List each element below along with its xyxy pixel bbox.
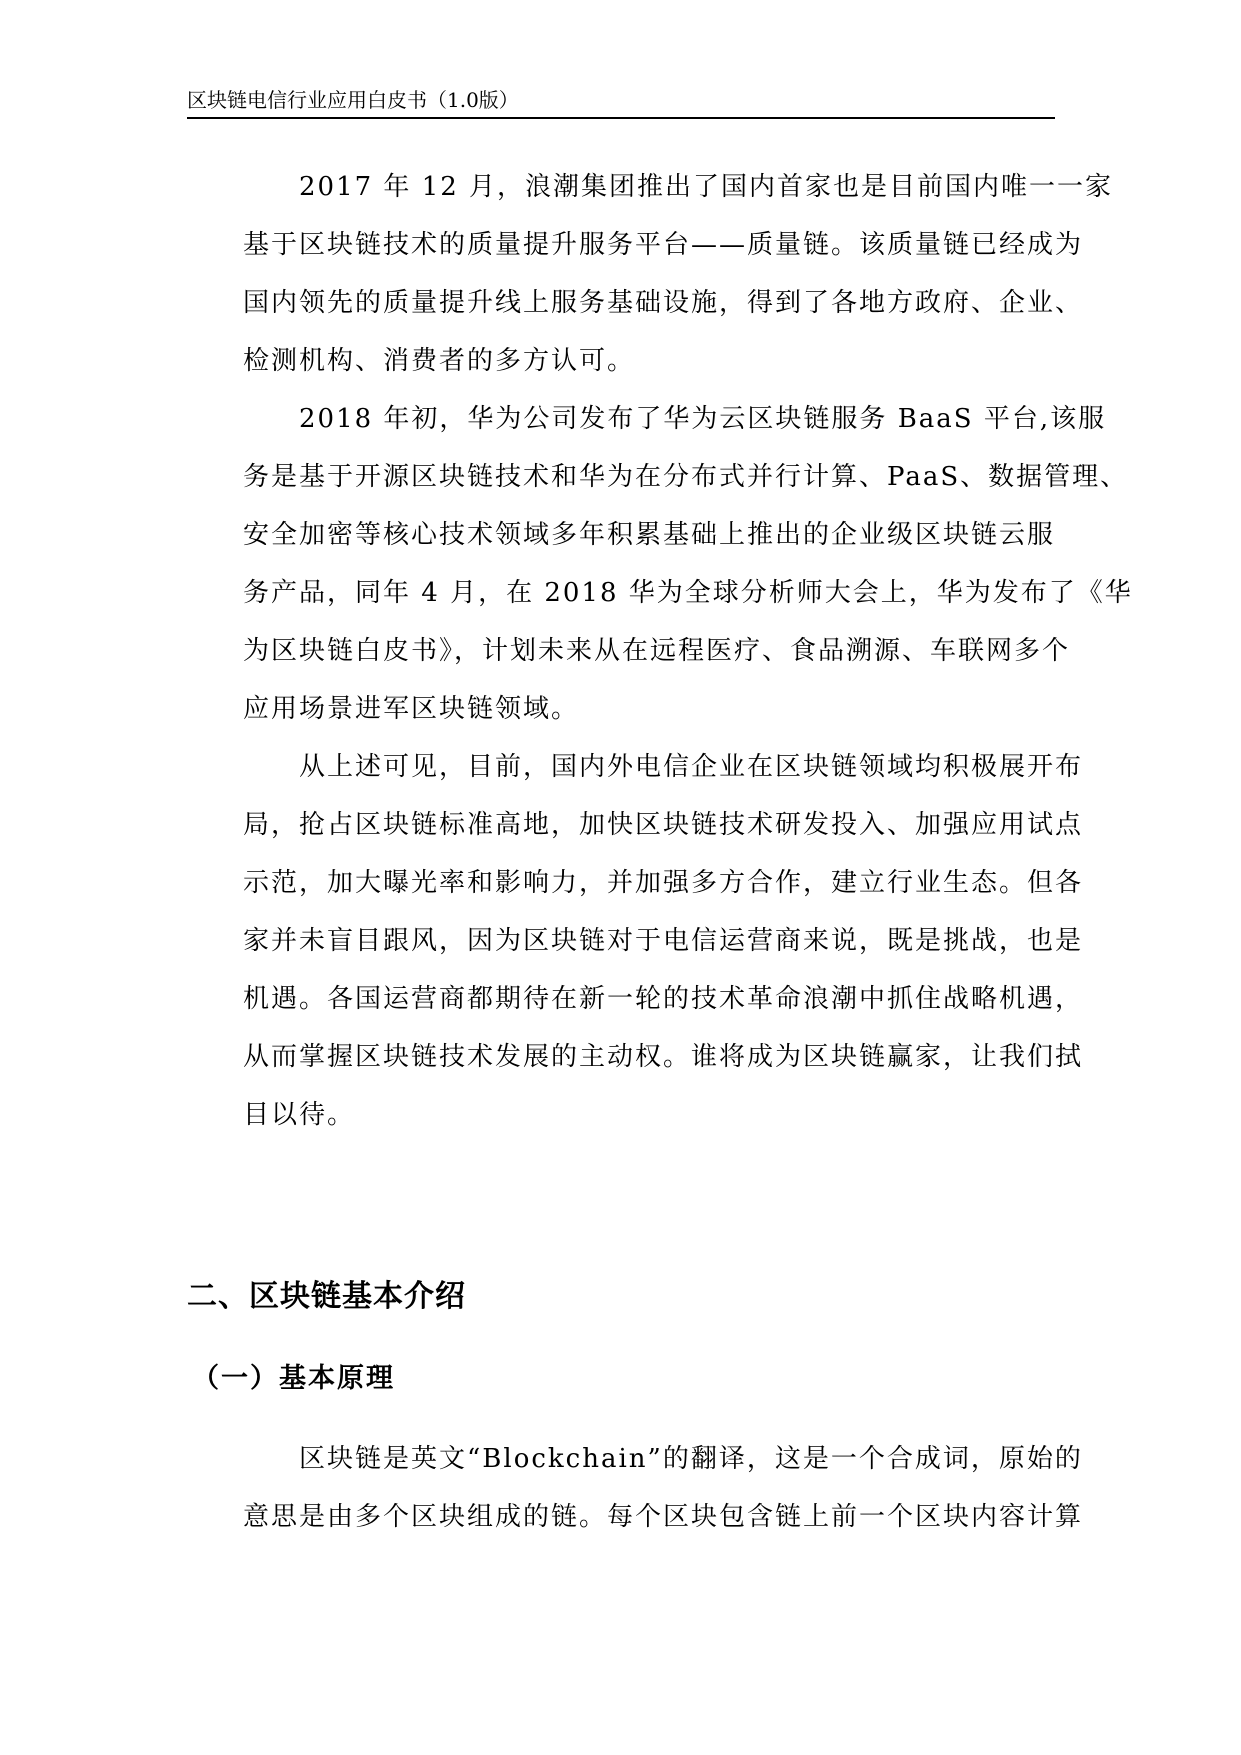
text-line: 为区块链白皮书》，计划未来从在远程医疗、食品溯源、车联网多个 [187, 622, 1055, 680]
paragraph-huawei-baas: 2018 年初，华为公司发布了华为云区块链服务 BaaS 平台,该服 务是基于开… [187, 390, 1055, 738]
section-heading: 二、区块链基本介绍 [187, 1277, 466, 1317]
text-line: 目以待。 [187, 1086, 1055, 1144]
text-line: 区块链是英文“Blockchain”的翻译，这是一个合成词，原始的 [187, 1430, 1055, 1488]
paragraph-inspur-quality-chain: 2017 年 12 月，浪潮集团推出了国内首家也是目前国内唯一一家 基于区块链技… [187, 158, 1055, 390]
paragraph-summary: 从上述可见，目前，国内外电信企业在区块链领域均积极展开布 局，抢占区块链标准高地… [187, 738, 1055, 1144]
body-text-section-2: 区块链是英文“Blockchain”的翻译，这是一个合成词，原始的 意思是由多个… [187, 1430, 1055, 1546]
text-line: 国内领先的质量提升线上服务基础设施，得到了各地方政府、企业、 [187, 274, 1055, 332]
text-line: 从而掌握区块链技术发展的主动权。谁将成为区块链赢家，让我们拭 [187, 1028, 1055, 1086]
text-line: 务是基于开源区块链技术和华为在分布式并行计算、PaaS、数据管理、 [187, 448, 1055, 506]
page-header: 区块链电信行业应用白皮书（1.0版） [187, 86, 1055, 120]
subsection-heading: （一）基本原理 [192, 1361, 395, 1397]
text-line: 从上述可见，目前，国内外电信企业在区块链领域均积极展开布 [187, 738, 1055, 796]
body-text: 2017 年 12 月，浪潮集团推出了国内首家也是目前国内唯一一家 基于区块链技… [187, 158, 1055, 1144]
text-line: 务产品，同年 4 月，在 2018 华为全球分析师大会上，华为发布了《华 [187, 564, 1055, 622]
text-line: 局，抢占区块链标准高地，加快区块链技术研发投入、加强应用试点 [187, 796, 1055, 854]
text-line: 检测机构、消费者的多方认可。 [187, 332, 1055, 390]
document-running-title: 区块链电信行业应用白皮书（1.0版） [187, 86, 519, 114]
text-line: 2018 年初，华为公司发布了华为云区块链服务 BaaS 平台,该服 [187, 390, 1055, 448]
text-line: 机遇。各国运营商都期待在新一轮的技术革命浪潮中抓住战略机遇， [187, 970, 1055, 1028]
text-line: 示范，加大曝光率和影响力，并加强多方合作，建立行业生态。但各 [187, 854, 1055, 912]
text-line: 意思是由多个区块组成的链。每个区块包含链上前一个区块内容计算 [187, 1488, 1055, 1546]
header-divider [187, 117, 1055, 119]
paragraph-blockchain-definition: 区块链是英文“Blockchain”的翻译，这是一个合成词，原始的 意思是由多个… [187, 1430, 1055, 1546]
text-line: 家并未盲目跟风，因为区块链对于电信运营商来说，既是挑战，也是 [187, 912, 1055, 970]
text-line: 应用场景进军区块链领域。 [187, 680, 1055, 738]
text-line: 基于区块链技术的质量提升服务平台——质量链。该质量链已经成为 [187, 216, 1055, 274]
text-line: 安全加密等核心技术领域多年积累基础上推出的企业级区块链云服 [187, 506, 1055, 564]
text-line: 2017 年 12 月，浪潮集团推出了国内首家也是目前国内唯一一家 [187, 158, 1055, 216]
